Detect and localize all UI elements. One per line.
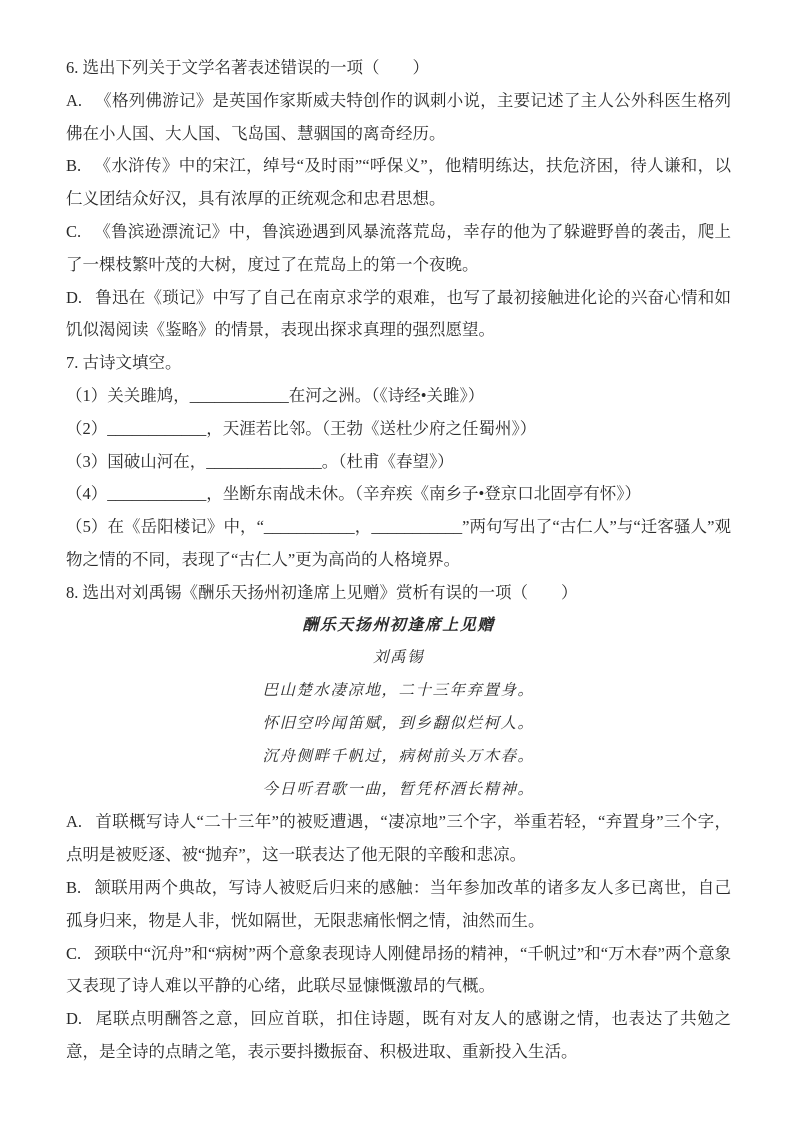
poem-line-4: 今日听君歌一曲，暂凭杯酒长精神。 [66,774,731,807]
option-a-label: A. [66,91,82,110]
option-d-label: D. [66,1009,82,1028]
question-8-stem: 8. 选出对刘禹锡《酬乐天扬州初逢席上见赠》赏析有误的一项（ ） [66,577,731,610]
option-d-text: 尾联点明酬答之意，回应首联，扣住诗题，既有对友人的感谢之情，也表达了共勉之意，是… [66,1009,731,1061]
question-8-option-a: A.首联概写诗人“二十三年”的被贬遭遇，“凄凉地”三个字，举重若轻，“弃置身”三… [66,806,731,872]
question-8-option-d: D.尾联点明酬答之意，回应首联，扣住诗题，既有对友人的感谢之情，也表达了共勉之意… [66,1003,731,1069]
question-6-option-a: A.《格列佛游记》是英国作家斯威夫特创作的讽刺小说，主要记述了主人公外科医生格列… [66,85,731,151]
poem-block: 酬乐天扬州初逢席上见赠 刘禹锡 巴山楚水凄凉地，二十三年弃置身。 怀旧空吟闻笛赋… [66,610,731,807]
option-c-text: 《鲁滨逊漂流记》中，鲁滨逊遇到风暴流落荒岛，幸存的他为了躲避野兽的袭击，爬上了一… [66,222,731,274]
poem-title: 酬乐天扬州初逢席上见赠 [66,610,731,643]
question-7-blank-item-5: （5）在《岳阳楼记》中，“___________，___________”两句写… [66,511,731,577]
question-7-blank-item-4: （4）____________，坐断东南战未休。（辛弃疾《南乡子•登京口北固亭有… [66,478,731,511]
question-7-stem: 7. 古诗文填空。 [66,347,731,380]
question-8-option-c: C.颈联中“沉舟”和“病树”两个意象表现诗人刚健昂扬的精神，“千帆过”和“万木春… [66,938,731,1004]
poem-line-3: 沉舟侧畔千帆过，病树前头万木春。 [66,741,731,774]
option-c-text: 颈联中“沉舟”和“病树”两个意象表现诗人刚健昂扬的精神，“千帆过”和“万木春”两… [66,944,731,996]
poem-author: 刘禹锡 [66,642,731,675]
option-c-label: C. [66,222,81,241]
option-b-text: 《水浒传》中的宋江，绰号“及时雨”“呼保义”，他精明练达，扶危济困，待人谦和，以… [66,156,731,208]
question-8-option-b: B.颔联用两个典故，写诗人被贬后归来的感触：当年参加改革的诸多友人多已离世，自己… [66,872,731,938]
question-7-blank-item-3: （3）国破山河在，______________。（杜甫《春望》） [66,446,731,479]
poem-line-2: 怀旧空吟闻笛赋，到乡翻似烂柯人。 [66,708,731,741]
option-d-label: D. [66,288,82,307]
option-d-text: 鲁迅在《琐记》中写了自己在南京求学的艰难，也写了最初接触进化论的兴奋心情和如饥似… [66,288,731,340]
question-6-option-c: C.《鲁滨逊漂流记》中，鲁滨逊遇到风暴流落荒岛，幸存的他为了躲避野兽的袭击，爬上… [66,216,731,282]
option-b-text: 颔联用两个典故，写诗人被贬后归来的感触：当年参加改革的诸多友人多已离世，自己孤身… [66,878,731,930]
question-7-blank-item-2: （2）____________，天涯若比邻。（王勃《送杜少府之任蜀州》） [66,413,731,446]
option-c-label: C. [66,944,81,963]
question-6-stem: 6. 选出下列关于文学名著表述错误的一项（ ） [66,52,731,85]
question-6-option-b: B.《水浒传》中的宋江，绰号“及时雨”“呼保义”，他精明练达，扶危济困，待人谦和… [66,150,731,216]
question-7-blank-item-1: （1）关关雎鸠，____________在河之洲。（《诗经•关雎》） [66,380,731,413]
option-a-text: 《格列佛游记》是英国作家斯威夫特创作的讽刺小说，主要记述了主人公外科医生格列佛在… [66,91,731,143]
option-a-label: A. [66,812,82,831]
option-b-label: B. [66,878,81,897]
poem-line-1: 巴山楚水凄凉地，二十三年弃置身。 [66,675,731,708]
exam-document-page: 6. 选出下列关于文学名著表述错误的一项（ ） A.《格列佛游记》是英国作家斯威… [0,0,793,1122]
option-b-label: B. [66,156,81,175]
question-6-option-d: D.鲁迅在《琐记》中写了自己在南京求学的艰难，也写了最初接触进化论的兴奋心情和如… [66,282,731,348]
option-a-text: 首联概写诗人“二十三年”的被贬遭遇，“凄凉地”三个字，举重若轻，“弃置身”三个字… [66,812,731,864]
